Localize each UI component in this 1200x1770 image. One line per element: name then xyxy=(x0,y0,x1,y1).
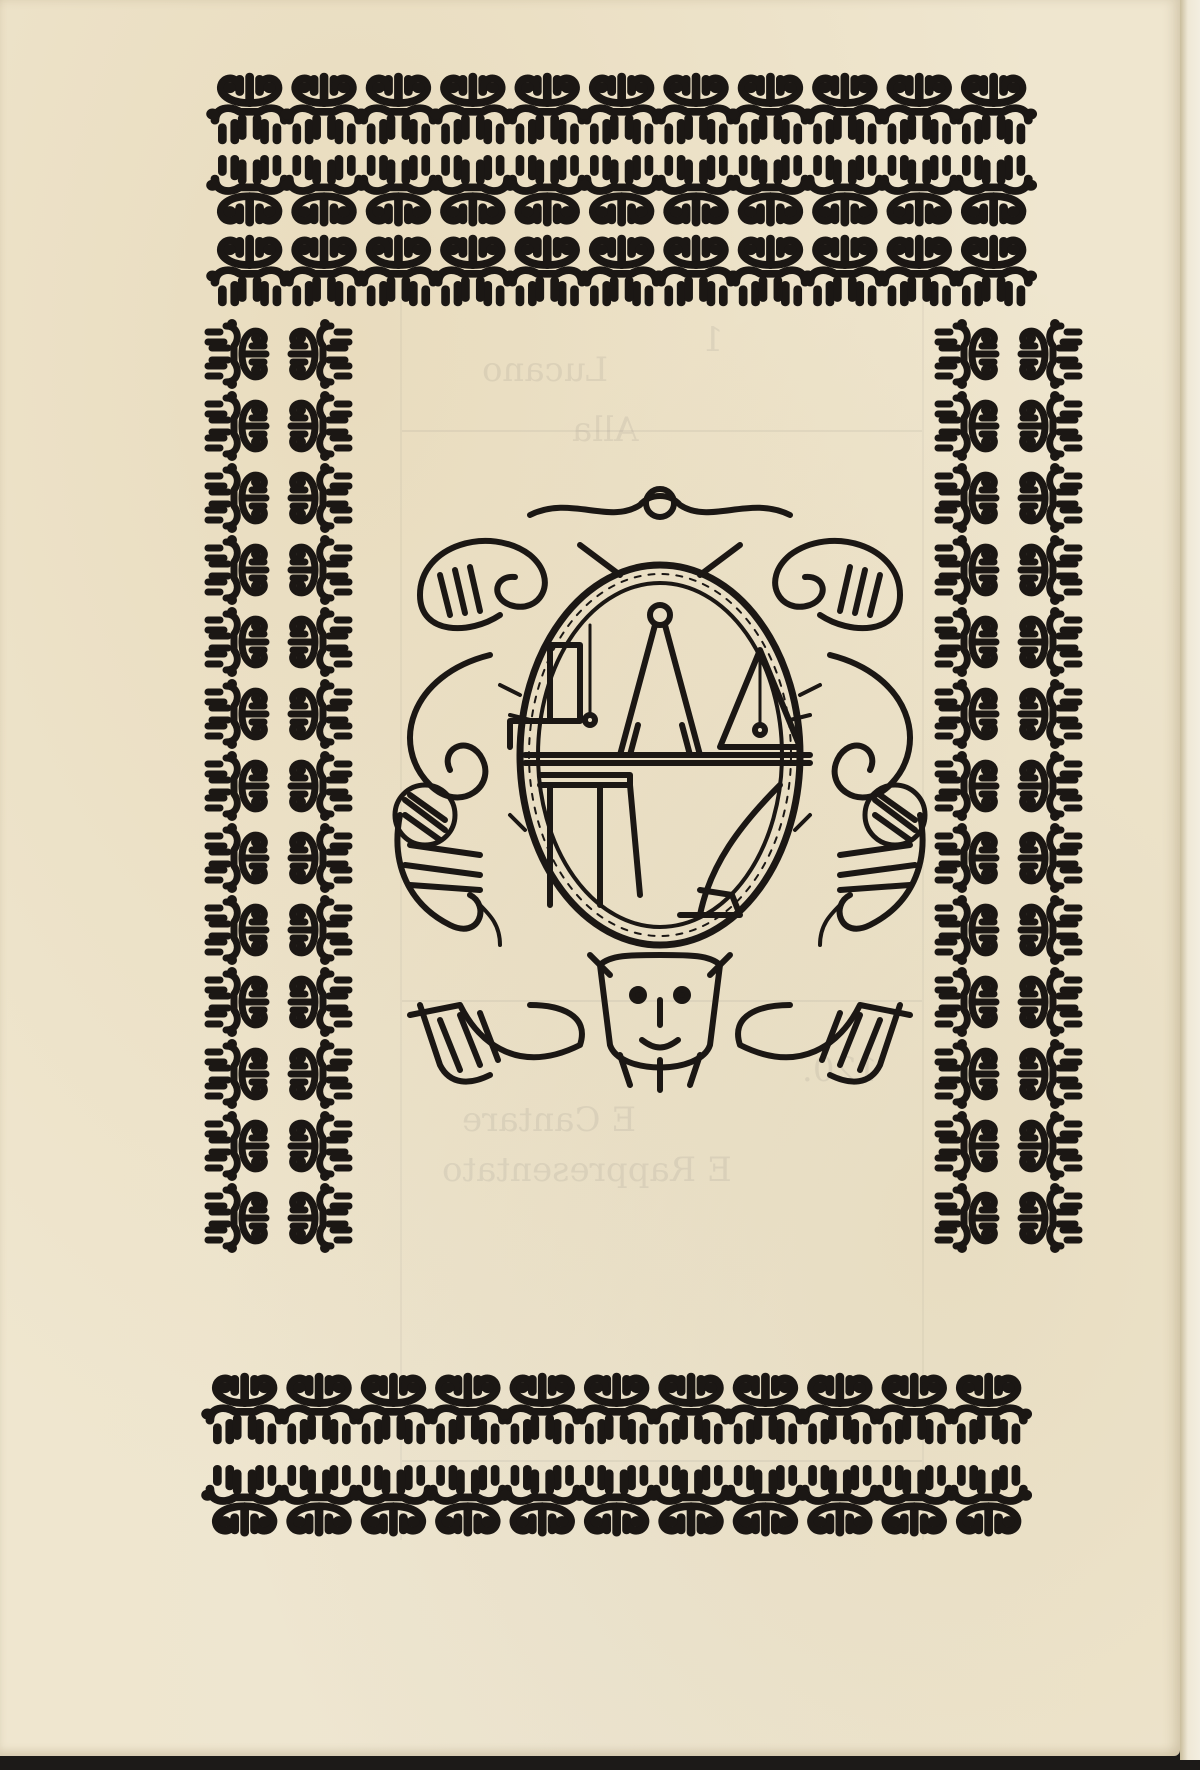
right-border-band xyxy=(938,319,1079,1253)
lower-horn-right-icon xyxy=(738,1005,910,1082)
upper-scroll-right-icon xyxy=(775,541,900,628)
round-shield-right-icon xyxy=(865,785,925,845)
central-emblem xyxy=(380,485,940,1185)
top-border-band xyxy=(206,77,1037,303)
lower-horn-left-icon xyxy=(410,1005,582,1082)
bottom-border-band xyxy=(201,1377,1032,1533)
grotesque-mask-icon xyxy=(590,955,730,1090)
upper-scroll-left-icon xyxy=(420,541,545,628)
book-page: Lucano Alla 1 120. E Cantare E Rappresen… xyxy=(0,0,1180,1756)
set-square-hand-icon xyxy=(680,785,780,915)
triangle-level-icon xyxy=(720,650,800,747)
round-shield-left-icon xyxy=(395,785,455,845)
next-page-edge xyxy=(1180,0,1200,1760)
left-border-band xyxy=(208,319,349,1253)
compasses-icon xyxy=(620,605,700,755)
